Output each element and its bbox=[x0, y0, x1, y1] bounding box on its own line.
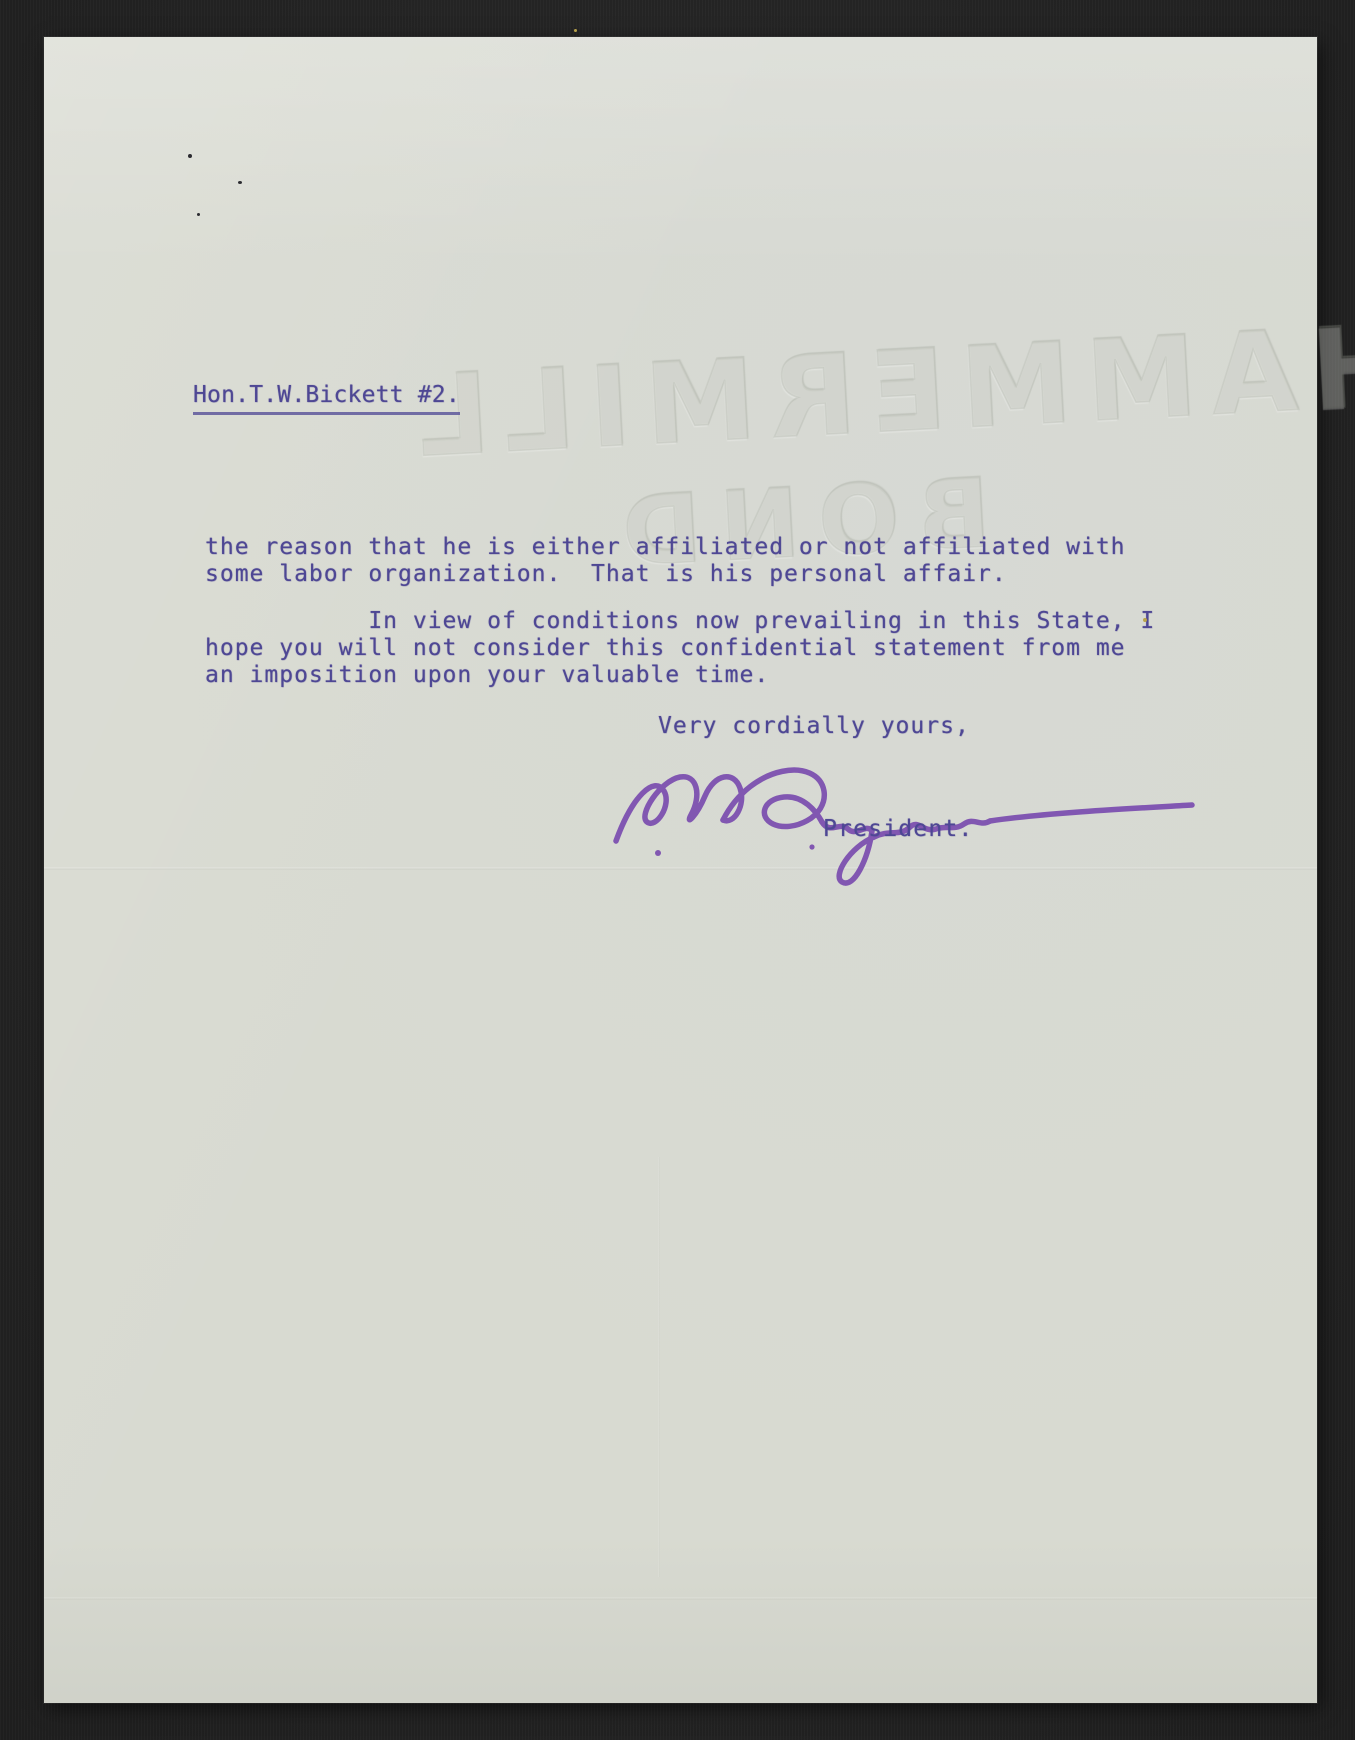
paragraph-line: the reason that he is either affiliated … bbox=[205, 534, 1155, 561]
ink-speck bbox=[197, 213, 200, 216]
letter-body: the reason that he is either affiliated … bbox=[205, 534, 1155, 689]
fold-crease-vertical bbox=[658, 1157, 660, 1577]
fold-crease-horizontal bbox=[44, 1597, 1317, 1600]
paragraph-line: some labor organization. That is his per… bbox=[205, 561, 1155, 588]
paper-speck bbox=[1143, 618, 1147, 622]
paragraph-line: hope you will not consider this confiden… bbox=[205, 635, 1155, 662]
paragraph-line: In view of conditions now prevailing in … bbox=[205, 608, 1155, 635]
ink-speck bbox=[188, 154, 192, 158]
signature: W. N. Reynolds bbox=[604, 735, 1204, 893]
signature-ink: W. N. Reynolds bbox=[604, 735, 1204, 893]
paragraph-line: an imposition upon your valuable time. bbox=[205, 662, 1155, 689]
signature-title: President. bbox=[823, 816, 973, 843]
paper-speck bbox=[574, 29, 577, 32]
watermark-hammermill: HAMMERMILL bbox=[401, 301, 1355, 483]
letter-page: HAMMERMILL BOND Hon.T.W.Bickett #2. the … bbox=[44, 37, 1317, 1703]
page-heading: Hon.T.W.Bickett #2. bbox=[193, 382, 460, 415]
ink-speck bbox=[238, 181, 242, 184]
